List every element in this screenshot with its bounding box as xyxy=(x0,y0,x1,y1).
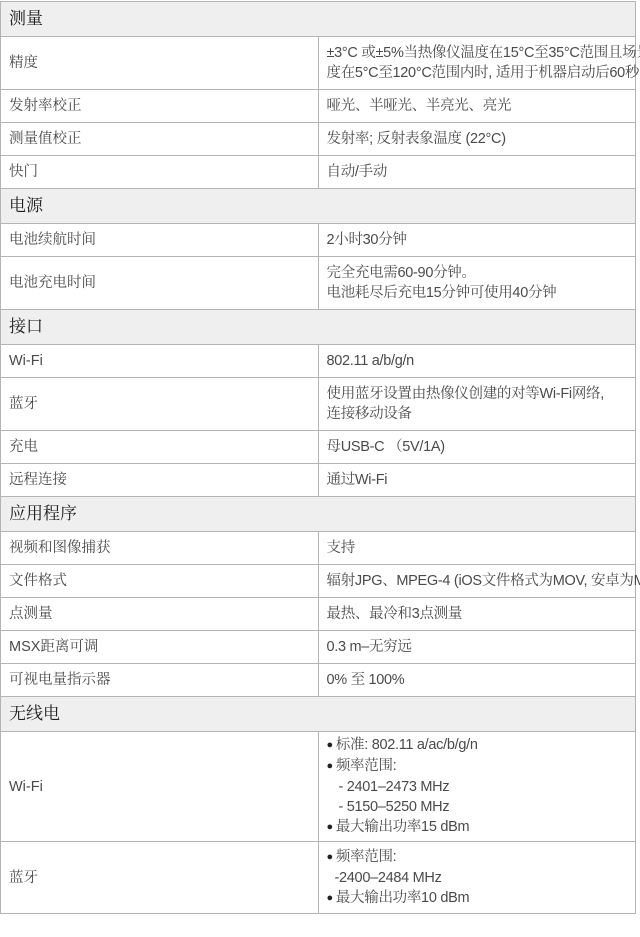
value-text: 最大输出功率15 dBm xyxy=(336,819,469,835)
spec-row-msx: MSX距离可调 0.3 m–无穷远 xyxy=(1,631,636,664)
spec-label: 测量值校正 xyxy=(1,123,319,156)
spec-row-battery-life: 电池续航时间 2小时30分钟 xyxy=(1,224,636,257)
section-header-power: 电源 xyxy=(1,189,636,224)
value-line: ●频率范围: xyxy=(327,756,636,777)
value-line: ●最大输出功率10 dBm xyxy=(327,888,636,909)
section-title: 测量 xyxy=(1,2,636,37)
value-line: - 2401–2473 MHz xyxy=(327,777,636,797)
spec-row-charging: 充电 母USB-C （5V/1A) xyxy=(1,431,636,464)
spec-value: ±3°C 或±5%当热像仪温度在15°C至35°C范围且场景温 度在5°C至12… xyxy=(318,37,636,90)
spec-value: 发射率; 反射表象温度 (22°C) xyxy=(318,123,636,156)
spec-row-measurement-correction: 测量值校正 发射率; 反射表象温度 (22°C) xyxy=(1,123,636,156)
section-header-interfaces: 接口 xyxy=(1,310,636,345)
spec-value: 母USB-C （5V/1A) xyxy=(318,431,636,464)
spec-value: 0.3 m–无穷远 xyxy=(318,631,636,664)
spec-value: 支持 xyxy=(318,532,636,565)
value-line: 度在5°C至120°C范围内时, 适用于机器启动后60秒 xyxy=(327,63,636,83)
spec-label: 文件格式 xyxy=(1,565,319,598)
spec-label: Wi-Fi xyxy=(1,732,319,842)
spec-row-emissivity: 发射率校正 哑光、半哑光、半亮光、亮光 xyxy=(1,90,636,123)
spec-row-capture: 视频和图像捕获 支持 xyxy=(1,532,636,565)
spec-value: ●标准: 802.11 a/ac/b/g/n ●频率范围: - 2401–247… xyxy=(318,732,636,842)
spec-row-file-format: 文件格式 辐射JPG、MPEG-4 (iOS文件格式为MOV, 安卓为MP4) xyxy=(1,565,636,598)
value-line: - 5150–5250 MHz xyxy=(327,797,636,817)
section-title: 应用程序 xyxy=(1,497,636,532)
spec-label: 发射率校正 xyxy=(1,90,319,123)
value-line: 802.11 a/b/g/n xyxy=(327,351,636,371)
spec-value: 哑光、半哑光、半亮光、亮光 xyxy=(318,90,636,123)
value-line: 最热、最冷和3点测量 xyxy=(327,604,636,624)
value-line: 通过Wi-Fi xyxy=(327,470,636,490)
spec-row-radio-wifi: Wi-Fi ●标准: 802.11 a/ac/b/g/n ●频率范围: - 24… xyxy=(1,732,636,842)
spec-value: 802.11 a/b/g/n xyxy=(318,345,636,378)
value-line: ●标准: 802.11 a/ac/b/g/n xyxy=(327,735,636,756)
value-line: 自动/手动 xyxy=(327,162,636,182)
spec-label: 蓝牙 xyxy=(1,842,319,914)
section-title: 接口 xyxy=(1,310,636,345)
spec-row-charge-time: 电池充电时间 完全充电需60-90分钟。 电池耗尽后充电15分钟可使用40分钟 xyxy=(1,257,636,310)
spec-label: 远程连接 xyxy=(1,464,319,497)
spec-value: 2小时30分钟 xyxy=(318,224,636,257)
spec-label: 精度 xyxy=(1,37,319,90)
spec-row-shutter: 快门 自动/手动 xyxy=(1,156,636,189)
value-line: 辐射JPG、MPEG-4 (iOS文件格式为MOV, 安卓为MP4) xyxy=(327,571,636,591)
spec-label: MSX距离可调 xyxy=(1,631,319,664)
spec-label: 电池充电时间 xyxy=(1,257,319,310)
bullet-icon: ● xyxy=(327,821,333,833)
spec-row-remote: 远程连接 通过Wi-Fi xyxy=(1,464,636,497)
spec-row-wifi: Wi-Fi 802.11 a/b/g/n xyxy=(1,345,636,378)
spec-label: 电池续航时间 xyxy=(1,224,319,257)
spec-row-spot-meter: 点测量 最热、最冷和3点测量 xyxy=(1,598,636,631)
spec-label: 充电 xyxy=(1,431,319,464)
value-line: -2400–2484 MHz xyxy=(327,868,636,888)
spec-row-bluetooth: 蓝牙 使用蓝牙设置由热像仪创建的对等Wi-Fi网络, 连接移动设备 xyxy=(1,378,636,431)
value-line: ●最大输出功率15 dBm xyxy=(327,817,636,838)
spec-row-battery-indicator: 可视电量指示器 0% 至 100% xyxy=(1,664,636,697)
spec-label: 视频和图像捕获 xyxy=(1,532,319,565)
value-line: ●频率范围: xyxy=(327,847,636,868)
section-header-measurement: 测量 xyxy=(1,2,636,37)
value-line: 支持 xyxy=(327,538,636,558)
spec-label: 蓝牙 xyxy=(1,378,319,431)
spec-label: 快门 xyxy=(1,156,319,189)
value-text: 最大输出功率10 dBm xyxy=(336,890,469,906)
spec-value: 辐射JPG、MPEG-4 (iOS文件格式为MOV, 安卓为MP4) xyxy=(318,565,636,598)
spec-value: 自动/手动 xyxy=(318,156,636,189)
spec-value: 使用蓝牙设置由热像仪创建的对等Wi-Fi网络, 连接移动设备 xyxy=(318,378,636,431)
value-line: 使用蓝牙设置由热像仪创建的对等Wi-Fi网络, xyxy=(327,384,636,404)
spec-value: 0% 至 100% xyxy=(318,664,636,697)
value-line: ±3°C 或±5%当热像仪温度在15°C至35°C范围且场景温 xyxy=(327,43,636,63)
value-line: 母USB-C （5V/1A) xyxy=(327,437,636,457)
value-text: 频率范围: xyxy=(336,849,397,865)
section-title: 无线电 xyxy=(1,697,636,732)
spec-value: ●频率范围: -2400–2484 MHz ●最大输出功率10 dBm xyxy=(318,842,636,914)
value-line: 0.3 m–无穷远 xyxy=(327,637,636,657)
spec-row-accuracy: 精度 ±3°C 或±5%当热像仪温度在15°C至35°C范围且场景温 度在5°C… xyxy=(1,37,636,90)
value-line: 完全充电需60-90分钟。 xyxy=(327,263,636,283)
spec-label: 可视电量指示器 xyxy=(1,664,319,697)
value-text: 标准: 802.11 a/ac/b/g/n xyxy=(336,737,478,753)
spec-label: Wi-Fi xyxy=(1,345,319,378)
value-line: 连接移动设备 xyxy=(327,404,636,424)
spec-label: 点测量 xyxy=(1,598,319,631)
section-header-radio: 无线电 xyxy=(1,697,636,732)
value-text: 频率范围: xyxy=(336,758,397,774)
value-line: 哑光、半哑光、半亮光、亮光 xyxy=(327,96,636,116)
value-line: 电池耗尽后充电15分钟可使用40分钟 xyxy=(327,283,636,303)
value-line: 2小时30分钟 xyxy=(327,230,636,250)
section-header-app: 应用程序 xyxy=(1,497,636,532)
bullet-icon: ● xyxy=(327,760,333,772)
value-line: 发射率; 反射表象温度 (22°C) xyxy=(327,129,636,149)
spec-row-radio-bluetooth: 蓝牙 ●频率范围: -2400–2484 MHz ●最大输出功率10 dBm xyxy=(1,842,636,914)
spec-value: 最热、最冷和3点测量 xyxy=(318,598,636,631)
bullet-icon: ● xyxy=(327,739,333,751)
section-title: 电源 xyxy=(1,189,636,224)
bullet-icon: ● xyxy=(327,892,333,904)
bullet-icon: ● xyxy=(327,851,333,863)
spec-table: 测量 精度 ±3°C 或±5%当热像仪温度在15°C至35°C范围且场景温 度在… xyxy=(0,1,636,914)
value-line: 0% 至 100% xyxy=(327,670,636,690)
spec-value: 完全充电需60-90分钟。 电池耗尽后充电15分钟可使用40分钟 xyxy=(318,257,636,310)
spec-value: 通过Wi-Fi xyxy=(318,464,636,497)
